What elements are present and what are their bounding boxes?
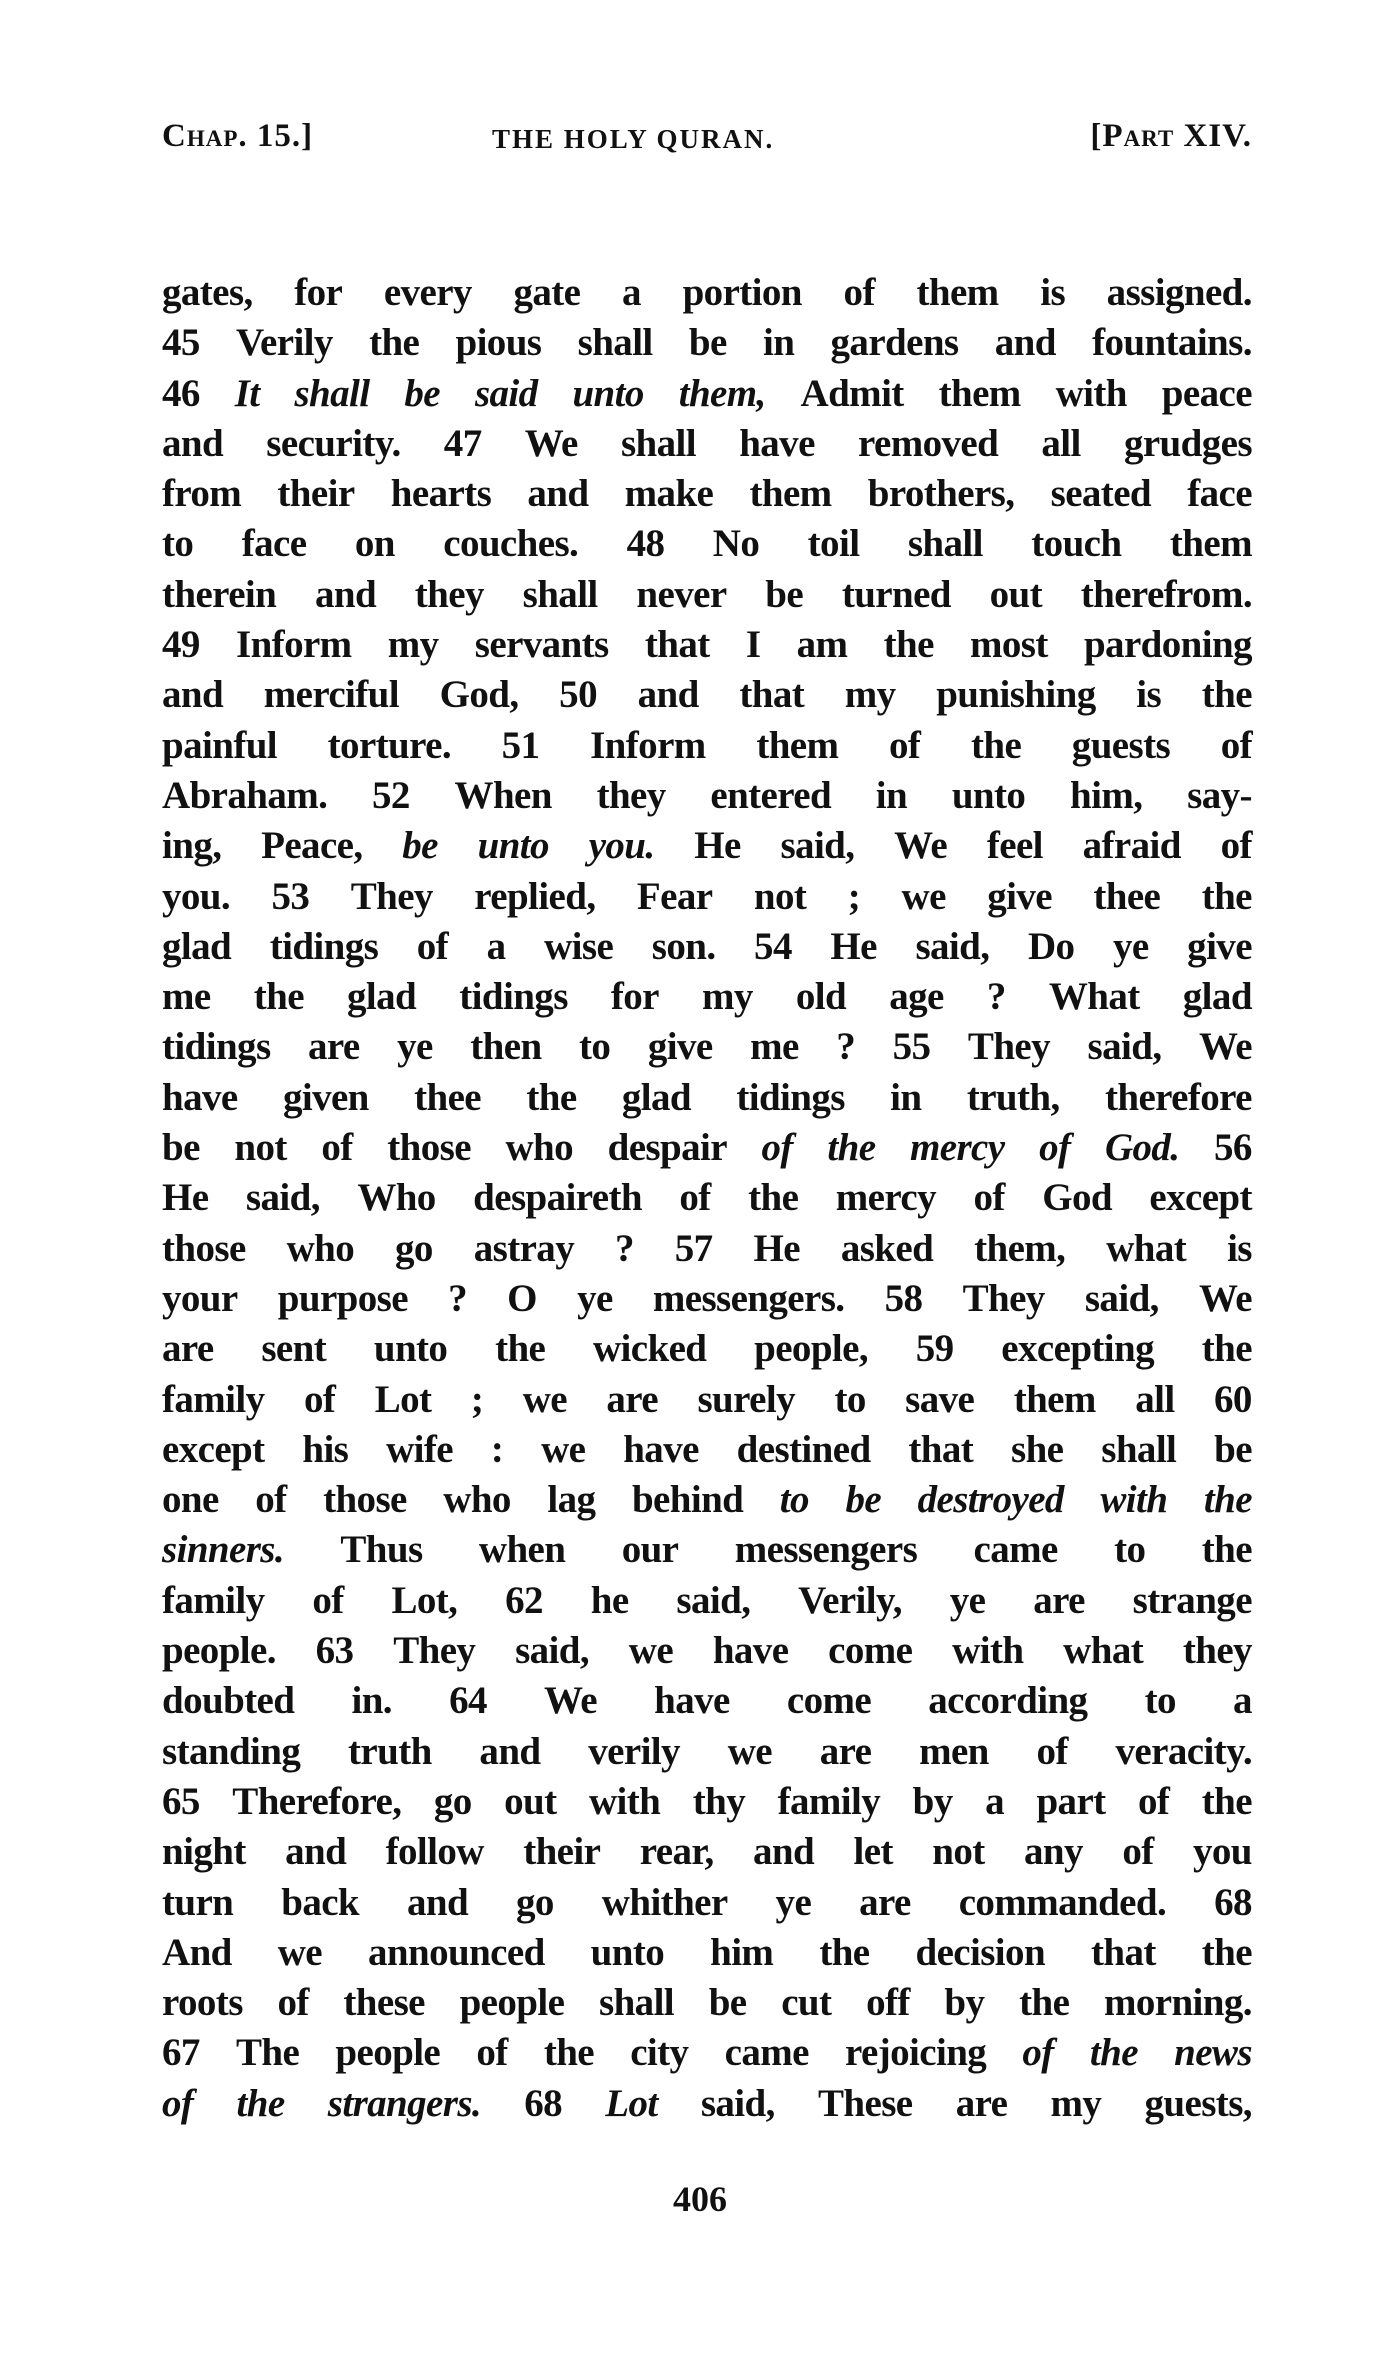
word: morning. [1104,1978,1252,2028]
word: with [589,1777,660,1827]
word: part [1036,1777,1105,1827]
word: It [235,369,260,419]
text-line: thosewhogoastray?57Heaskedthem,whatis [162,1224,1252,1274]
word: pardoning [1084,620,1252,670]
word: be [402,821,438,871]
word: is [1136,670,1161,720]
word: and [753,1827,814,1877]
word: grudges [1124,419,1252,469]
word: out [990,570,1042,620]
word: give [987,872,1052,922]
word: people [460,1978,565,2028]
word: He [753,1224,799,1274]
word: brothers, [868,469,1015,519]
word: me [750,1022,799,1072]
word: said, [676,1576,750,1626]
word: me [162,972,211,1022]
word: unto [591,1928,664,1978]
word: Abraham. [162,771,327,821]
word: standing [162,1727,300,1777]
word: are [859,1878,911,1928]
word: people. [162,1626,276,1676]
word: are [820,1727,872,1777]
word: that [1091,1928,1156,1978]
word: painful [162,721,277,771]
word: 46 [162,369,200,419]
word: said, [515,1626,589,1676]
word: guests, [1145,2079,1252,2129]
word: you. [162,872,230,922]
running-header: Chap. 15.] THE HOLY QURAN. [Part XIV. [162,118,1252,168]
word: most [970,620,1048,670]
word: sent [261,1324,326,1374]
word: those [387,1123,471,1173]
word: I [746,620,761,670]
word: We [1199,1274,1252,1324]
word: to [780,1475,809,1525]
word: 59 [916,1324,954,1374]
word: God. [1105,1123,1180,1173]
word: Therefore, [232,1777,401,1827]
word: and [638,670,699,720]
word: of [304,1375,335,1425]
word: in [890,1073,921,1123]
word: Inform [236,620,352,670]
word: assigned. [1107,268,1252,318]
word: ? [448,1274,467,1324]
word: thee [414,1073,481,1123]
word: the [1202,1525,1252,1575]
word: ye [950,1576,986,1626]
word: lag [547,1475,595,1525]
word: of [679,1173,710,1223]
word: to [834,1375,865,1425]
word: 65 [162,1777,200,1827]
word: strangers. [328,2079,481,2129]
word: said [475,369,538,419]
word: back [281,1878,359,1928]
word: excepting [1001,1324,1154,1374]
word: 62 [505,1576,543,1626]
word: any [1024,1827,1083,1877]
word: turned [842,570,951,620]
word: fountains. [1092,318,1252,368]
word: of [476,2028,507,2078]
word: 58 [885,1274,923,1324]
word: 45 [162,318,200,368]
word: people, [754,1324,868,1374]
word: removed [858,419,998,469]
word: came [725,2028,809,2078]
word: give [1187,922,1252,972]
word: commanded. [959,1878,1166,1928]
word: of [1138,1777,1169,1827]
word: you. [589,821,655,871]
word: have [739,419,815,469]
text-line: turnbackandgowhitheryearecommanded.68 [162,1878,1252,1928]
word: we [541,1425,585,1475]
word: No [713,519,759,569]
word: unto [952,771,1025,821]
text-line: 65Therefore,gooutwiththyfamilybyapartoft… [162,1777,1252,1827]
word: guests [1072,721,1170,771]
word: the [971,721,1021,771]
word: that [645,620,710,670]
text-line: oneofthosewholagbehindtobedestroyedwitht… [162,1475,1252,1525]
word: mercy [910,1123,1004,1173]
word: therefore [1105,1073,1252,1123]
word: the [1202,1324,1252,1374]
word: have [713,1626,789,1676]
word: of [1221,721,1252,771]
word: ? [987,972,1006,1022]
word: except [162,1425,265,1475]
word: punishing [936,670,1095,720]
word: we [728,1727,772,1777]
text-line: andmercifulGod,50andthatmypunishingisthe [162,670,1252,720]
word: them, [679,369,766,419]
page-body-text: gates,foreverygateaportionofthemisassign… [162,268,1252,2129]
word: glad [622,1073,691,1123]
page-number: 406 [0,2178,1400,2220]
word: surely [697,1375,795,1425]
text-line: 49InformmyservantsthatIamthemostpardonin… [162,620,1252,670]
word: ? [615,1224,634,1274]
word: them [756,721,838,771]
word: let [854,1827,893,1877]
word: thee [1093,872,1160,922]
word: 49 [162,620,200,670]
word: turn [162,1878,233,1928]
word: thy [693,1777,745,1827]
word: said, [780,821,854,871]
word: unto [478,821,549,871]
word: When [455,771,552,821]
word: the [748,1173,798,1223]
word: of [762,1123,793,1173]
word: ye [776,1878,812,1928]
word: that [739,670,804,720]
word: given [283,1073,369,1123]
word: cut [781,1978,831,2028]
word: are [162,1324,214,1374]
word: is [1227,1224,1252,1274]
word: except [1149,1173,1252,1223]
word: said, [701,2079,775,2129]
word: these [343,1978,424,2028]
word: tidings [736,1073,845,1123]
word: and [162,670,223,720]
word: be [1214,1425,1252,1475]
word: truth [348,1727,432,1777]
text-line: painfultorture.51Informthemoftheguestsof [162,721,1252,771]
word: and [162,419,223,469]
word: they [1183,1626,1252,1676]
word: ; [848,872,860,922]
word: his [302,1425,348,1475]
text-line: familyofLot,62hesaid,Verily,yearestrange [162,1576,1252,1626]
word: truth, [967,1073,1060,1123]
word: shall [908,519,983,569]
word: destined [737,1425,871,1475]
word: 57 [675,1224,713,1274]
word: Thus [340,1525,422,1575]
word: 50 [559,670,597,720]
word: go [516,1878,554,1928]
word: of [255,1475,286,1525]
word: : [491,1425,503,1475]
word: the [1204,1475,1252,1525]
word: go [395,1224,433,1274]
text-line: aresentuntothewickedpeople,59exceptingth… [162,1324,1252,1374]
word: said, [246,1173,320,1223]
word: the [1202,1777,1252,1827]
word: what [1063,1626,1143,1676]
word: old [796,972,846,1022]
word: God, [440,670,519,720]
word: a [487,922,506,972]
text-line: familyofLot;wearesurelytosavethemall60 [162,1375,1252,1425]
word: roots [162,1978,243,2028]
word: of [417,922,448,972]
word: to [162,519,193,569]
word: said, [915,922,989,972]
word: 67 [162,2028,200,2078]
word: ing, [162,821,221,871]
word: you [1193,1827,1252,1877]
word: Lot [375,1375,432,1425]
word: one [162,1475,219,1525]
word: off [866,1978,910,2028]
word: all [1135,1375,1174,1425]
word: messengers [735,1525,917,1575]
word: of [1221,821,1252,871]
word: toil [808,519,860,569]
word: of [1022,2028,1053,2078]
word: touch [1031,519,1121,569]
word: therefrom. [1081,570,1252,620]
word: We [525,419,578,469]
word: by [913,1777,953,1827]
word: They [393,1626,475,1676]
word: glad [347,972,416,1022]
word: shall [294,369,369,419]
word: the [1202,1928,1252,1978]
word: we [278,1928,322,1978]
word: portion [683,268,802,318]
word: follow [386,1827,484,1877]
word: family [162,1375,265,1425]
text-line: tofaceoncouches.48Notoilshalltouchthem [162,519,1252,569]
word: What [1049,972,1140,1022]
word: came [974,1525,1058,1575]
word: who [505,1123,573,1173]
word: people [335,2028,440,2078]
word: of [844,268,875,318]
word: verily [588,1727,680,1777]
word: your [162,1274,238,1324]
text-line: ofthestrangers.68Lotsaid,Thesearemyguest… [162,2079,1252,2129]
word: be [709,1978,747,2028]
word: rejoicing [845,2028,986,2078]
word: tidings [459,972,568,1022]
word: Do [1028,922,1074,972]
word: 52 [372,771,410,821]
text-line: benotofthosewhodespairofthemercyofGod.56 [162,1123,1252,1173]
word: news [1174,2028,1252,2078]
word: of [889,721,920,771]
word: mercy [836,1173,936,1223]
text-line: gladtidingsofawiseson.54Hesaid,Doyegive [162,922,1252,972]
word: for [294,268,342,318]
word: not [754,872,806,922]
word: my [702,972,753,1022]
word: sinners. [162,1525,284,1575]
word: they [415,570,484,620]
word: asked [841,1224,933,1274]
word: 63 [316,1626,354,1676]
word: They [963,1274,1045,1324]
word: according [928,1676,1087,1726]
word: of [973,1173,1004,1223]
word: rear, [640,1827,714,1877]
text-line: yourpurpose?Oyemessengers.58Theysaid,We [162,1274,1252,1324]
text-line: excepthiswife:wehavedestinedthatsheshall… [162,1425,1252,1475]
word: face [1187,469,1252,519]
text-line: thereinandtheyshallneverbeturnedoutthere… [162,570,1252,620]
book-title: THE HOLY QURAN. [492,124,774,155]
word: give [648,1022,713,1072]
word: glad [162,922,231,972]
word: of [1036,1727,1067,1777]
text-line: rootsofthesepeopleshallbecutoffbythemorn… [162,1978,1252,2028]
word: seated [1051,469,1151,519]
word: replied, [474,872,595,922]
word: and [995,318,1056,368]
word: to [1145,1676,1176,1726]
word: the [1202,872,1252,922]
word: Verily [236,318,333,368]
word: not [932,1827,984,1877]
word: We [544,1676,597,1726]
word: am [797,620,848,670]
word: them [1170,519,1252,569]
word: and [315,570,376,620]
word: God [1042,1173,1112,1223]
word: shall [523,570,598,620]
word: He [694,821,740,871]
word: Who [357,1173,435,1223]
word: tidings [270,922,379,972]
text-line: you.53Theyreplied,Fearnot;wegivetheethe [162,872,1252,922]
word: those [323,1475,407,1525]
word: We [1199,1022,1252,1072]
text-line: fromtheirheartsandmakethembrothers,seate… [162,469,1252,519]
word: 53 [271,872,309,922]
word: and [527,469,588,519]
word: the [544,2028,594,2078]
word: They [968,1022,1050,1072]
word: we [629,1626,673,1676]
word: the [495,1324,545,1374]
word: the [827,1123,875,1173]
word: not [234,1123,286,1173]
word: torture. [328,721,451,771]
word: purpose [278,1274,408,1324]
word: shall [1101,1425,1176,1475]
text-line: sinners.Thuswhenourmessengerscametothe [162,1525,1252,1575]
word: gate [513,268,580,318]
word: We [894,821,947,871]
word: them [749,469,831,519]
word: 60 [1214,1375,1252,1425]
word: afraid [1083,821,1181,871]
word: the [884,620,934,670]
word: and [407,1878,468,1928]
text-line: nightandfollowtheirrear,andletnotanyofyo… [162,1827,1252,1877]
word: son. [652,922,716,972]
word: make [625,469,714,519]
word: the [1202,670,1252,720]
text-line: Andweannounceduntohimthedecisionthatthe [162,1928,1252,1978]
word: said, [1088,1022,1162,1072]
word: when [479,1525,565,1575]
word: He [830,922,876,972]
text-line: doubtedin.64Wehavecomeaccordingtoa [162,1676,1252,1726]
word: and [479,1727,540,1777]
word: the [1090,2028,1138,2078]
text-line: Hesaid,WhodespairethofthemercyofGodexcep… [162,1173,1252,1223]
word: with [1056,369,1127,419]
word: family [162,1576,265,1626]
text-line: gates,foreverygateaportionofthemisassign… [162,268,1252,318]
part-label: [Part XIV. [1090,118,1252,155]
word: we [523,1375,567,1425]
word: be [162,1123,200,1173]
word: of [312,1576,343,1626]
word: ye [1113,922,1149,972]
word: Lot, [391,1576,457,1626]
word: tidings [162,1022,271,1072]
word: him [710,1928,773,1978]
word: go [434,1777,472,1827]
word: come [828,1626,912,1676]
word: glad [1183,972,1252,1022]
word: are [956,2079,1008,2129]
word: behind [632,1475,743,1525]
word: ye [577,1274,613,1324]
word: whither [602,1878,728,1928]
word: ; [471,1375,483,1425]
word: he [591,1576,629,1626]
word: wise [544,922,613,972]
word: the [819,1928,869,1978]
word: decision [915,1928,1045,1978]
word: come [787,1676,871,1726]
word: Fear [637,872,713,922]
word: in. [351,1676,391,1726]
word: 68 [1214,1878,1252,1928]
word: never [636,570,726,620]
word: entered [710,771,831,821]
word: astray [474,1224,574,1274]
word: who [287,1224,355,1274]
word: feel [987,821,1043,871]
text-line: 45Verilythepiousshallbeingardensandfount… [162,318,1252,368]
word: destroyed [918,1475,1064,1525]
word: wicked [593,1324,706,1374]
text-line: andsecurity.47Weshallhaveremovedallgrudg… [162,419,1252,469]
